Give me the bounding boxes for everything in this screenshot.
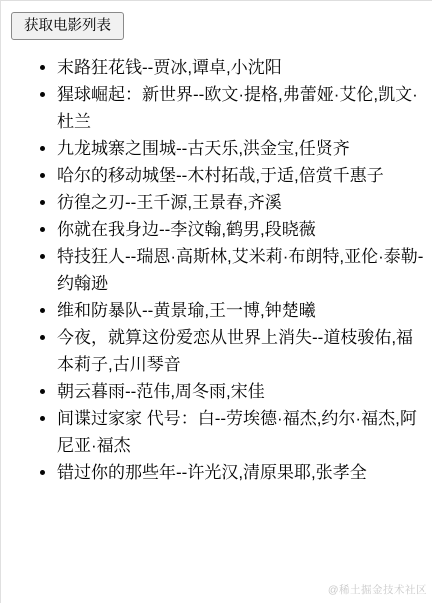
movie-list: 末路狂花钱--贾冰,谭卓,小沈阳 猩球崛起：新世界--欧文·提格,弗蕾娅·艾伦,… bbox=[9, 54, 424, 486]
fetch-movie-list-button[interactable]: 获取电影列表 bbox=[11, 12, 124, 40]
page-content: 获取电影列表 末路狂花钱--贾冰,谭卓,小沈阳 猩球崛起：新世界--欧文·提格,… bbox=[1, 1, 432, 494]
movie-list-item: 九龙城寨之围城--古天乐,洪金宝,任贤齐 bbox=[57, 135, 424, 162]
movie-list-item: 间谍过家家 代号：白--劳埃德·福杰,约尔·福杰,阿尼亚·福杰 bbox=[57, 405, 424, 459]
movie-list-item: 错过你的那些年--许光汉,清原果耶,张孝全 bbox=[57, 459, 424, 486]
movie-list-item: 你就在我身边--李汶翰,鹤男,段晓薇 bbox=[57, 216, 424, 243]
movie-list-item: 维和防暴队--黄景瑜,王一博,钟楚曦 bbox=[57, 297, 424, 324]
movie-list-item: 哈尔的移动城堡--木村拓哉,于适,倍赏千惠子 bbox=[57, 162, 424, 189]
watermark-text: @稀土掘金技术社区 bbox=[328, 582, 427, 597]
movie-list-item: 猩球崛起：新世界--欧文·提格,弗蕾娅·艾伦,凯文·杜兰 bbox=[57, 81, 424, 135]
movie-list-item: 朝云暮雨--范伟,周冬雨,宋佳 bbox=[57, 378, 424, 405]
movie-list-item: 彷徨之刃--王千源,王景春,齐溪 bbox=[57, 189, 424, 216]
movie-list-item: 今夜，就算这份爱恋从世界上消失--道枝骏佑,福本莉子,古川琴音 bbox=[57, 324, 424, 378]
movie-list-item: 末路狂花钱--贾冰,谭卓,小沈阳 bbox=[57, 54, 424, 81]
page: { "button": { "label": "获取电影列表" }, "movi… bbox=[0, 0, 432, 603]
movie-list-item: 特技狂人--瑞恩·高斯林,艾米莉·布朗特,亚伦·泰勒-约翰逊 bbox=[57, 243, 424, 297]
